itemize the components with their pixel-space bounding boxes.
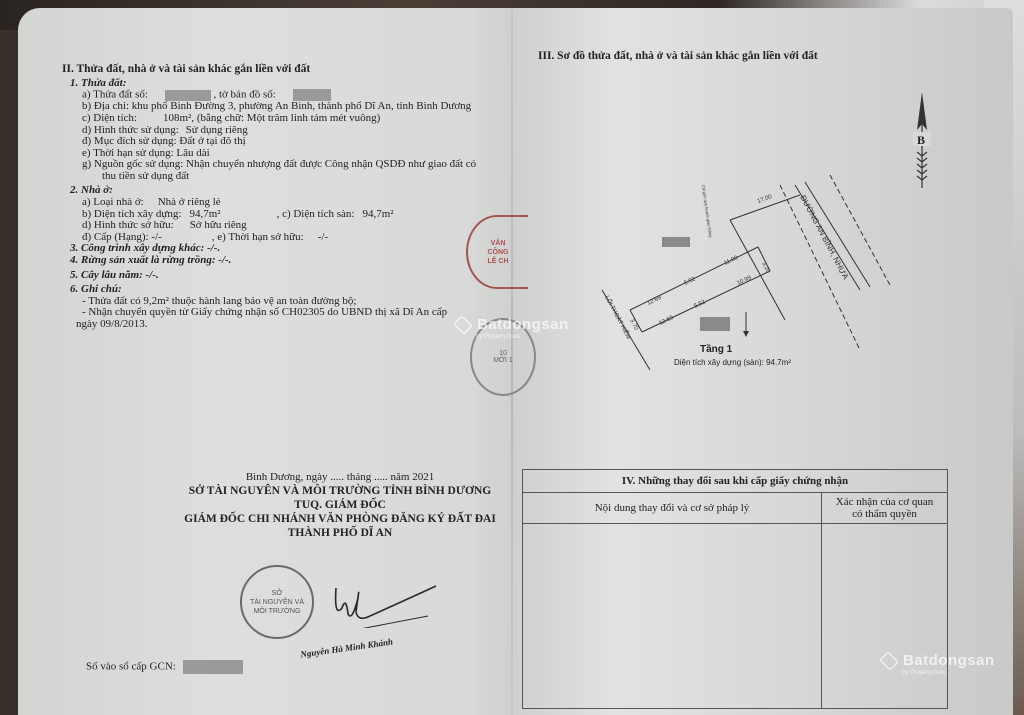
svg-text:17.00: 17.00 <box>757 194 774 205</box>
issuing-org: SỞ TÀI NGUYÊN VÀ MÔI TRƯỜNG TỈNH BÌNH DƯ… <box>180 484 500 498</box>
perennial-trees: 5. Cây lâu năm: -/-. <box>70 270 512 282</box>
handwritten-signature <box>330 578 440 628</box>
svg-text:3.20: 3.20 <box>760 261 771 275</box>
house-grade: đ) Cấp (Hạng): -/-, e) Thời hạn sở hữu:-… <box>82 232 512 244</box>
watermark-center: Batdongsan by PropertyGuru <box>452 316 569 340</box>
changes-cell-confirmation <box>822 524 948 709</box>
svg-text:5.52: 5.52 <box>693 299 707 310</box>
signature-block: Bình Dương, ngày ..... tháng ..... năm 2… <box>180 470 500 540</box>
left-page-content: II. Thửa đất, nhà ở và tài sản khác gắn … <box>62 64 512 331</box>
changes-col-content: Nội dung thay đổi và cơ sở pháp lý <box>523 493 822 524</box>
svg-text:12.69: 12.69 <box>658 315 675 327</box>
gcn-registry-number: Số vào sổ cấp GCN: <box>86 660 243 674</box>
svg-text:10.99: 10.99 <box>736 275 753 287</box>
note-line-3: ngày 09/8/2013. <box>76 319 512 331</box>
signer-role: GIÁM ĐỐC CHI NHÁNH VĂN PHÒNG ĐĂNG KÝ ĐẤT… <box>180 512 500 526</box>
official-seal-stamp: SỞ TÀI NGUYÊN VÀ MÔI TRƯỜNG <box>240 565 314 639</box>
svg-text:LỐI THOÁT HIỂM: LỐI THOÁT HIỂM <box>603 295 632 341</box>
tuq-title: TUQ. GIÁM ĐỐC <box>180 498 500 512</box>
section-ii-title: II. Thửa đất, nhà ở và tài sản khác gắn … <box>62 64 512 76</box>
section-iii-title: III. Sơ đồ thửa đất, nhà ở và tài sản kh… <box>538 50 818 62</box>
land-origin-cont: thu tiền sử dụng đất <box>102 171 512 183</box>
svg-text:11.00: 11.00 <box>723 255 739 267</box>
parcel-diagram: 17.00 11.00 5.52 12.69 10.99 5.52 3.20 1… <box>590 175 900 375</box>
svg-text:3.70: 3.70 <box>628 318 639 332</box>
svg-text:Chỉ giới quy hoạch giao thông: Chỉ giới quy hoạch giao thông <box>701 184 713 237</box>
changes-cell-content <box>523 524 822 709</box>
redacted-gcn-number <box>183 660 243 674</box>
floor-area-label: Diện tích xây dựng (sàn): 94.7m² <box>674 358 791 367</box>
watermark-corner: Batdongsan by PropertyGuru <box>878 652 995 676</box>
svg-text:12.69: 12.69 <box>646 295 663 307</box>
batdongsan-logo-icon <box>453 315 473 335</box>
land-heading: 1. Thửa đất: <box>70 78 512 90</box>
signer-city: THÀNH PHỐ DĨ AN <box>180 526 500 540</box>
batdongsan-logo-icon <box>879 651 899 671</box>
svg-text:ĐƯỜNG AN BÌNH, NHỰA: ĐƯỜNG AN BÌNH, NHỰA <box>798 194 850 282</box>
changes-col-confirmation: Xác nhận của cơ quan có thẩm quyền <box>822 493 948 524</box>
issue-date: Bình Dương, ngày ..... tháng ..... năm 2… <box>180 470 500 484</box>
redacted-parcel-number <box>165 90 211 101</box>
compass-label: B <box>917 133 925 148</box>
floor-label: Tầng 1 <box>700 344 732 355</box>
production-forest: 4. Rừng sản xuất là rừng trồng: -/-. <box>70 255 512 267</box>
changes-table-title: IV. Những thay đổi sau khi cấp giấy chứn… <box>523 470 948 493</box>
red-seal-stamp: VĂN CÔNG LÊ CH <box>466 215 528 289</box>
